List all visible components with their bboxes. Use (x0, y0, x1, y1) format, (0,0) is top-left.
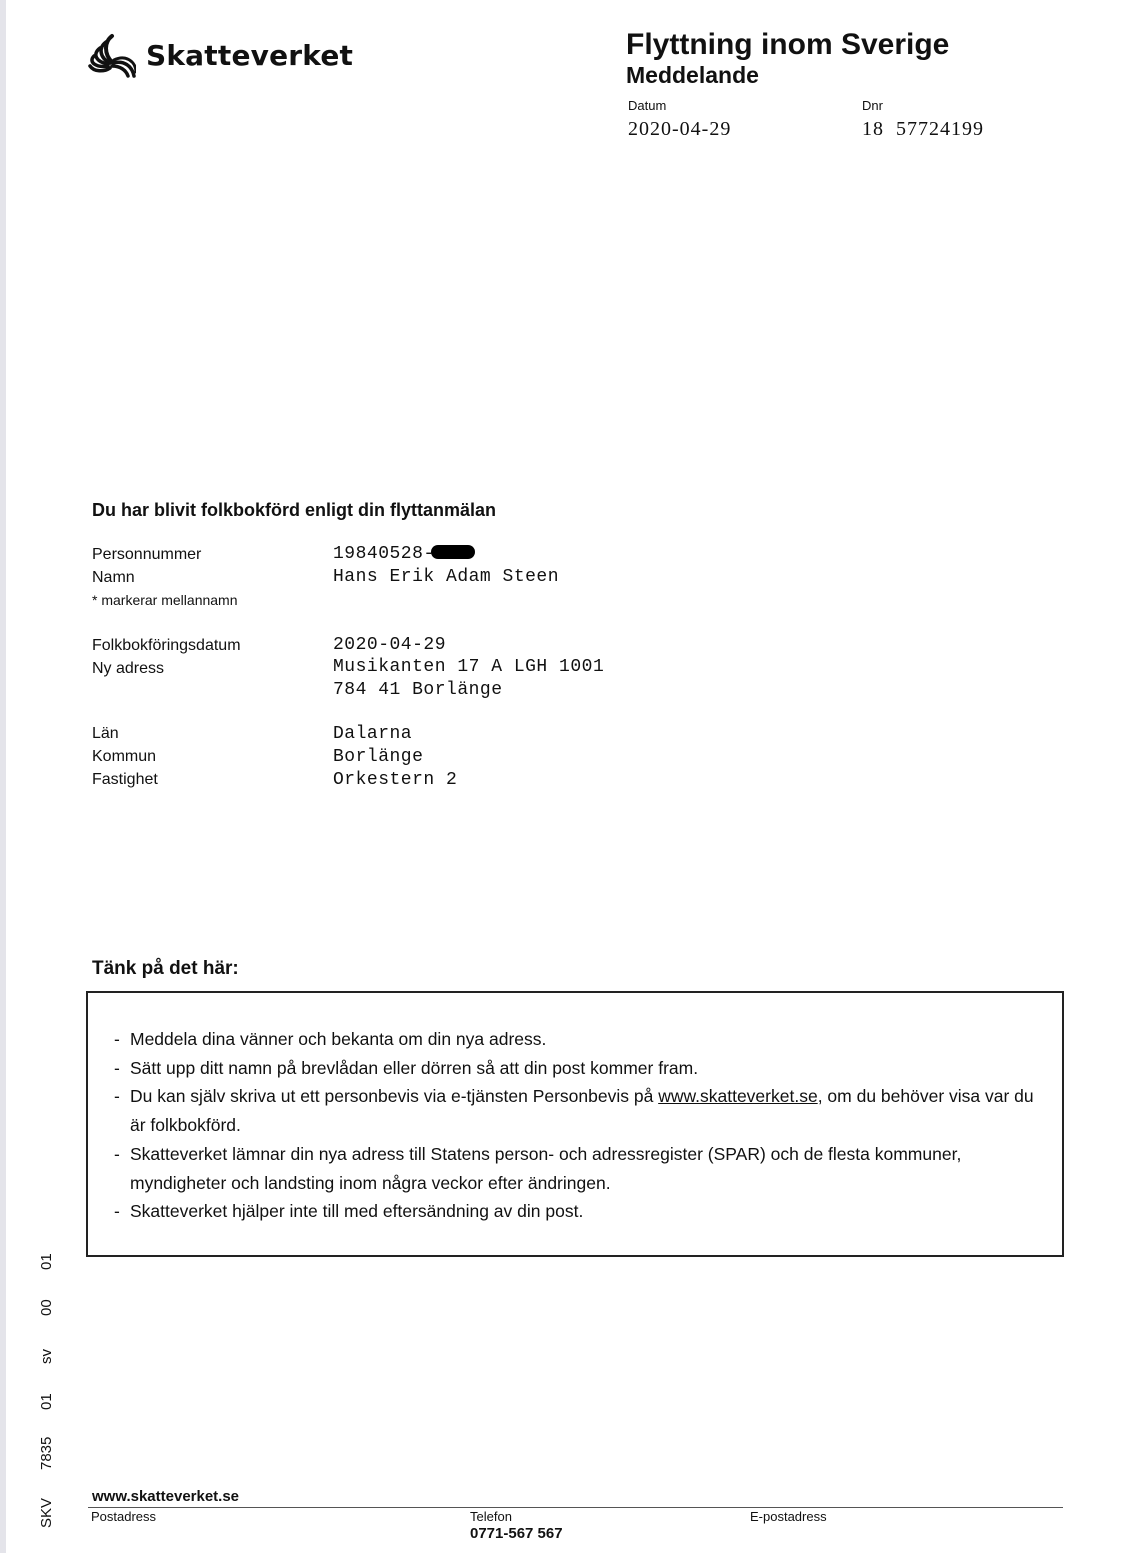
personnummer-label: Personnummer (92, 546, 201, 564)
tip-item: Meddela dina vänner och bekanta om din n… (114, 1025, 1042, 1054)
footer-website[interactable]: www.skatteverket.se (92, 1488, 239, 1505)
postadress-label: Postadress (91, 1509, 156, 1524)
folkbokforingsdatum-label: Folkbokföringsdatum (92, 637, 241, 655)
skatteverket-swirl-icon (86, 32, 136, 78)
lan-value: Dalarna (333, 724, 412, 744)
mellannamn-note: * markerar mellannamn (92, 592, 238, 608)
ny-adress-label: Ny adress (92, 660, 164, 678)
tips-box: Meddela dina vänner och bekanta om din n… (86, 991, 1064, 1257)
ny-adress-line1: Musikanten 17 A LGH 1001 (333, 657, 604, 677)
footer-divider (88, 1507, 1063, 1508)
fastighet-value: Orkestern 2 (333, 770, 457, 790)
form-code-part: 01 (38, 1253, 55, 1270)
epostadress-label: E-postadress (750, 1509, 827, 1524)
telefon-value: 0771-567 567 (470, 1525, 563, 1542)
tip-item: Skatteverket hjälper inte till med efter… (114, 1197, 1042, 1226)
datum-value: 2020-04-29 (628, 118, 731, 141)
form-code-part: 01 (38, 1393, 55, 1410)
personnummer-value: 19840528- (333, 544, 435, 564)
document-subtitle: Meddelande (626, 62, 759, 89)
document-title: Flyttning inom Sverige (626, 28, 949, 62)
datum-label: Datum (628, 98, 666, 113)
redaction-mark (431, 545, 475, 559)
tips-list: Meddela dina vänner och bekanta om din n… (88, 993, 1062, 1226)
form-code: SKV 7835 01 sv 00 01 (38, 1250, 62, 1530)
registration-heading: Du har blivit folkbokförd enligt din fly… (92, 500, 496, 521)
tip-item: Sätt upp ditt namn på brevlådan eller dö… (114, 1054, 1042, 1083)
logo-text: Skatteverket (146, 39, 353, 72)
telefon-label: Telefon (470, 1509, 512, 1524)
dnr-value: 18 57724199 (862, 118, 984, 141)
skatteverket-link[interactable]: www.skatteverket.se (658, 1086, 818, 1106)
form-code-part: 7835 (38, 1437, 55, 1470)
page-edge (0, 0, 6, 1553)
tip-item-personbevis: Du kan själv skriva ut ett personbevis v… (114, 1082, 1042, 1139)
namn-label: Namn (92, 569, 135, 587)
lan-label: Län (92, 725, 119, 743)
tips-heading: Tänk på det här: (92, 958, 239, 980)
ny-adress-line2: 784 41 Borlänge (333, 680, 503, 700)
tip-text: Du kan själv skriva ut ett personbevis v… (130, 1086, 658, 1106)
personnummer-field: 19840528- (333, 544, 475, 564)
dnr-label: Dnr (862, 98, 883, 113)
kommun-value: Borlänge (333, 747, 423, 767)
form-code-part: 00 (38, 1299, 55, 1316)
tip-item: Skatteverket lämnar din nya adress till … (114, 1140, 1042, 1197)
fastighet-label: Fastighet (92, 771, 158, 789)
form-code-part: sv (38, 1349, 55, 1364)
kommun-label: Kommun (92, 748, 156, 766)
skatteverket-logo: Skatteverket (86, 32, 353, 78)
namn-value: Hans Erik Adam Steen (333, 567, 559, 587)
folkbokforingsdatum-value: 2020-04-29 (333, 635, 446, 655)
form-code-part: SKV (38, 1498, 55, 1528)
